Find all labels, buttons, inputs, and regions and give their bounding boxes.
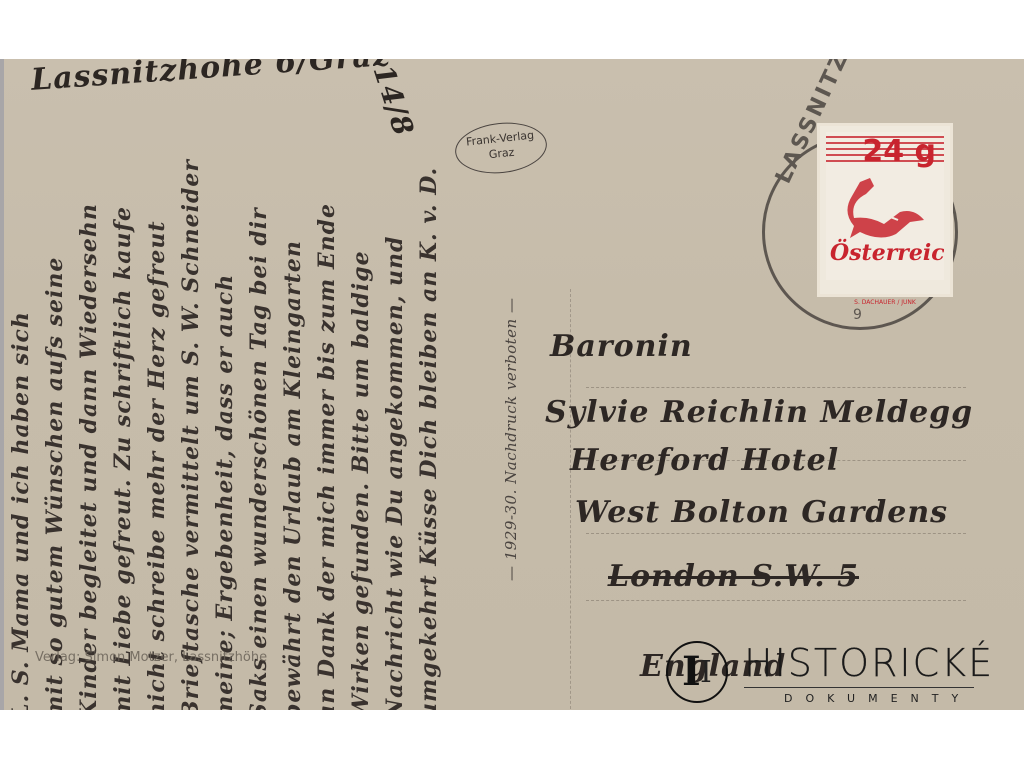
message-line: meine; Ergebenheit, dass er auch: [212, 119, 238, 710]
copyright-notice: — 1929-30. Nachdruck verboten —: [502, 229, 520, 649]
watermark-logo: II HISTORICKÉ DOKUMENTY: [666, 637, 976, 707]
message-line: nicht schreibe mehr der Herz gefreut: [144, 119, 170, 710]
message-line: Kinder begleitet und dann Wiedersehn: [76, 119, 102, 710]
message-line: umgekehrt Küsse Dich bleiben an K. v. D.: [416, 119, 442, 710]
address-line: Sylvie Reichlin Meldegg: [545, 395, 973, 430]
message-line: mit Liebe gefreut. Zu schriftlich kaufe: [110, 119, 136, 710]
message-heading: Lassnitzhöhe 6/Graz: [30, 59, 392, 98]
stamp-value: 24 g: [862, 134, 936, 169]
address-rule: [586, 387, 966, 388]
address-line: West Bolton Gardens: [575, 495, 948, 530]
postcard: Lassnitzhöhe 6/Graz 14/8 L. S. Mama und …: [0, 59, 1024, 710]
watermark-subtitle: DOKUMENTY: [784, 692, 971, 705]
address-rule: [586, 533, 966, 534]
message-line: bewährt den Urlaub am Kleingarten: [280, 119, 306, 710]
stamp-country: Österreich: [830, 240, 944, 266]
address-line: Baronin: [550, 329, 693, 364]
watermark-rule: [744, 687, 974, 688]
publisher-stamp: Frank-Verlag Graz: [453, 118, 550, 177]
watermark-title: HISTORICKÉ: [744, 643, 994, 683]
message-line: mit so gutem Wünschen aufs seine: [42, 119, 68, 710]
message-line: Saks einen wunderschönen Tag bei dir: [246, 119, 272, 710]
postmark-number: 9: [853, 307, 862, 323]
watermark-emblem-icon: II: [666, 641, 728, 703]
message-line: Nachricht wie Du angekommen, und: [382, 119, 408, 710]
address-line-struck: London S.W. 5: [608, 559, 859, 594]
stamp-designer: S. DACHAUER / JUNK: [820, 299, 950, 306]
address-line: Hereford Hotel: [570, 443, 839, 478]
message-line: Wirken gefunden. Bitte um baldige: [348, 119, 374, 710]
message-line: Brieftasche vermittelt um S. W. Schneide…: [178, 119, 204, 710]
message-line: L. S. Mama und ich haben sich: [8, 119, 34, 710]
address-rule: [586, 600, 966, 601]
message-line: an Dank der mich immer bis zum Ende: [314, 119, 340, 710]
postage-stamp: 24 g Österreich S. DACHAUER / JUNK: [820, 126, 950, 294]
scan-edge: [0, 59, 4, 710]
publisher-footer: Verlag: Simon Motzer, Lassnitzhöhe: [35, 650, 267, 665]
